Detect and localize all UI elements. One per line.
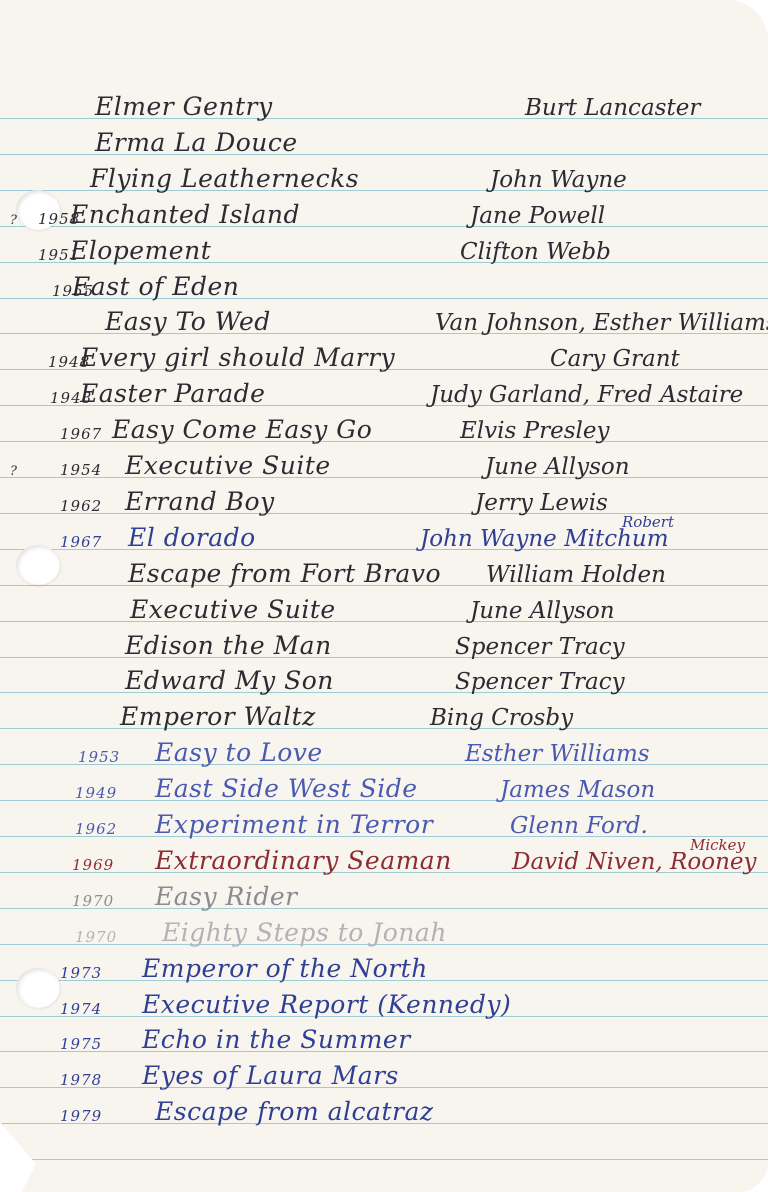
movie-year: 1967 bbox=[60, 425, 102, 443]
movie-title: East Side West Side bbox=[155, 774, 418, 803]
movie-star: Clifton Webb bbox=[460, 239, 611, 265]
list-item: Elmer GentryBurt Lancaster bbox=[0, 88, 768, 124]
list-item: Easy To WedVan Johnson, Esther Williams bbox=[0, 303, 768, 339]
uncertain-mark: ? bbox=[10, 464, 17, 479]
annotation-note: Robert bbox=[622, 513, 674, 531]
movie-year: 1954 bbox=[60, 461, 102, 479]
movie-star: Elvis Presley bbox=[460, 418, 609, 444]
list-item: 1970Easy Rider bbox=[0, 878, 768, 914]
list-item: 1951ElopementClifton Webb bbox=[0, 232, 768, 268]
movie-star: Esther Williams bbox=[465, 741, 650, 767]
movie-star: Bing Crosby bbox=[430, 705, 573, 731]
movie-title: Edison the Man bbox=[125, 631, 332, 660]
movie-year: 1973 bbox=[60, 964, 102, 982]
movie-year: 1979 bbox=[60, 1107, 102, 1125]
list-item: Flying LeathernecksJohn Wayne bbox=[0, 160, 768, 196]
annotation-note: Mickey bbox=[690, 836, 745, 854]
movie-star: John Wayne bbox=[490, 167, 627, 193]
list-item: 1967Easy Come Easy GoElvis Presley bbox=[0, 411, 768, 447]
movie-year: 1975 bbox=[60, 1035, 102, 1053]
list-item: 1949East Side West SideJames Mason bbox=[0, 770, 768, 806]
movie-year: 1962 bbox=[75, 820, 117, 838]
torn-corner bbox=[0, 1122, 36, 1192]
notebook-page: Elmer GentryBurt LancasterErma La DouceF… bbox=[0, 0, 768, 1192]
list-item: 1974Executive Report (Kennedy) bbox=[0, 986, 768, 1022]
movie-star: Cary Grant bbox=[550, 346, 680, 372]
list-item: 1967El doradoJohn Wayne MitchumRobert bbox=[0, 519, 768, 555]
movie-title: Elopement bbox=[70, 236, 211, 265]
movie-title: Easy Come Easy Go bbox=[112, 415, 372, 444]
movie-title: Emperor of the North bbox=[142, 954, 428, 983]
list-item: 1962Experiment in TerrorGlenn Ford. bbox=[0, 806, 768, 842]
movie-title: Extraordinary Seaman bbox=[155, 846, 452, 875]
list-item: 1978Eyes of Laura Mars bbox=[0, 1057, 768, 1093]
movie-title: Executive Suite bbox=[125, 451, 331, 480]
list-item: 1948Easter ParadeJudy Garland, Fred Asta… bbox=[0, 375, 768, 411]
movie-title: Erma La Douce bbox=[95, 128, 298, 157]
list-item: ?1958Enchanted IslandJane Powell bbox=[0, 196, 768, 232]
movie-title: Easy To Wed bbox=[105, 307, 271, 336]
movie-star: Judy Garland, Fred Astaire bbox=[430, 382, 743, 408]
list-item: 1955East of Eden bbox=[0, 268, 768, 304]
list-item: Erma La Douce bbox=[0, 124, 768, 160]
movie-star: William Holden bbox=[486, 562, 666, 588]
movie-year: 1970 bbox=[75, 928, 117, 946]
movie-year: 1962 bbox=[60, 497, 102, 515]
rule-line bbox=[0, 1159, 768, 1160]
movie-title: Easy to Love bbox=[155, 738, 323, 767]
movie-title: Eyes of Laura Mars bbox=[142, 1061, 399, 1090]
movie-star: June Allyson bbox=[470, 598, 615, 624]
list-item: Executive SuiteJune Allyson bbox=[0, 591, 768, 627]
list-item: Emperor WaltzBing Crosby bbox=[0, 698, 768, 734]
movie-title: Every girl should Marry bbox=[80, 343, 395, 372]
movie-title: El dorado bbox=[128, 523, 256, 552]
list-item: 1969Extraordinary SeamanDavid Niven, Roo… bbox=[0, 842, 768, 878]
movie-year: 1967 bbox=[60, 533, 102, 551]
movie-title: East of Eden bbox=[72, 272, 239, 301]
movie-year: 1969 bbox=[72, 856, 114, 874]
list-item: 1973Emperor of the North bbox=[0, 950, 768, 986]
movie-star: Van Johnson, Esther Williams bbox=[435, 310, 768, 336]
movie-year: 1974 bbox=[60, 1000, 102, 1018]
uncertain-mark: ? bbox=[10, 213, 17, 228]
list-item: 1970Eighty Steps to Jonah bbox=[0, 914, 768, 950]
movie-title: Flying Leathernecks bbox=[90, 164, 359, 193]
movie-title: Escape from alcatraz bbox=[155, 1097, 434, 1126]
list-item: 1953Easy to LoveEsther Williams bbox=[0, 734, 768, 770]
list-item: ?1954Executive SuiteJune Allyson bbox=[0, 447, 768, 483]
movie-title: Emperor Waltz bbox=[120, 702, 316, 731]
movie-title: Eighty Steps to Jonah bbox=[162, 918, 447, 947]
movie-title: Elmer Gentry bbox=[95, 92, 273, 121]
movie-star: Jerry Lewis bbox=[475, 490, 608, 516]
list-item: Edward My SonSpencer Tracy bbox=[0, 662, 768, 698]
movie-title: Escape from Fort Bravo bbox=[128, 559, 441, 588]
movie-star: June Allyson bbox=[485, 454, 630, 480]
list-item: 1975Echo in the Summer bbox=[0, 1021, 768, 1057]
list-item: 1948Every girl should MarryCary Grant bbox=[0, 339, 768, 375]
list-item: 1979Escape from alcatraz bbox=[0, 1093, 768, 1129]
movie-title: Edward My Son bbox=[125, 666, 334, 695]
movie-star: Jane Powell bbox=[470, 203, 605, 229]
movie-title: Executive Suite bbox=[130, 595, 336, 624]
movie-star: Glenn Ford. bbox=[510, 813, 648, 839]
movie-year: 1970 bbox=[72, 892, 114, 910]
list-item: Edison the ManSpencer Tracy bbox=[0, 627, 768, 663]
movie-title: Easter Parade bbox=[80, 379, 265, 408]
movie-year: 1978 bbox=[60, 1071, 102, 1089]
movie-year: 1949 bbox=[75, 784, 117, 802]
movie-title: Executive Report (Kennedy) bbox=[142, 990, 511, 1019]
movie-year: 1953 bbox=[78, 748, 120, 766]
movie-title: Enchanted Island bbox=[70, 200, 300, 229]
movie-star: Spencer Tracy bbox=[455, 634, 625, 660]
movie-star: Burt Lancaster bbox=[525, 95, 700, 121]
movie-title: Easy Rider bbox=[155, 882, 298, 911]
list-item: Escape from Fort BravoWilliam Holden bbox=[0, 555, 768, 591]
movie-star: Spencer Tracy bbox=[455, 669, 625, 695]
movie-title: Echo in the Summer bbox=[142, 1025, 411, 1054]
movie-title: Errand Boy bbox=[125, 487, 275, 516]
movie-title: Experiment in Terror bbox=[155, 810, 433, 839]
movie-star: James Mason bbox=[500, 777, 655, 803]
